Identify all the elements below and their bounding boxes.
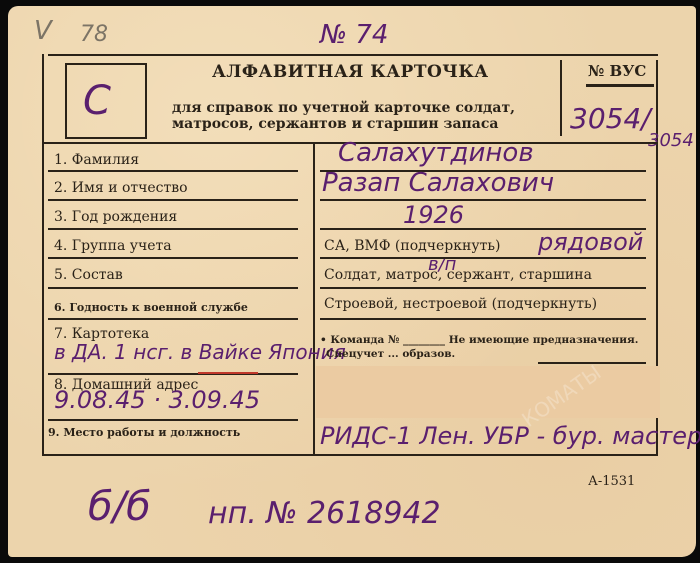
row-line <box>48 287 298 289</box>
service-options: Строевой, нестроевой (подчеркнуть) <box>324 296 597 312</box>
frame-top <box>48 54 658 56</box>
row-line <box>48 228 298 230</box>
redacted-area <box>316 366 660 418</box>
vus-value: 3054/ <box>570 102 651 135</box>
row-line <box>48 170 298 172</box>
vus-value-secondary: 3054 <box>648 130 694 151</box>
row-line <box>320 257 646 259</box>
field-value-workplace: РИДС-1 Лен. УБР - бур. мастер. <box>320 422 700 450</box>
field-label-composition: 5. Состав <box>54 267 123 283</box>
row-line <box>320 287 646 289</box>
card-number: № 74 <box>320 20 388 50</box>
field-label-group: 4. Группа учета <box>54 238 172 254</box>
card-title: АЛФАВИТНАЯ КАРТОЧКА <box>212 62 489 82</box>
vus-divider <box>560 60 562 136</box>
frame-left <box>42 54 44 454</box>
row-line <box>48 257 298 259</box>
column-divider <box>313 144 315 454</box>
team-line-1: • Команда № ________ Не имеющие предназн… <box>320 334 638 346</box>
pencil-number: 78 <box>80 22 108 47</box>
sa-vmf-label: СА, ВМФ (подчеркнуть) <box>324 238 500 254</box>
bottom-note-2: нп. № 2618942 <box>208 496 441 531</box>
composition-options: Солдат, матрос, сержант, старшина <box>324 267 592 283</box>
row-line <box>48 419 298 421</box>
field-label-workplace: 9. Место работы и должность <box>48 426 240 439</box>
row-line <box>48 373 298 375</box>
row-line <box>320 318 646 320</box>
vus-underline <box>586 84 654 87</box>
pencil-check-mark: V <box>34 16 52 46</box>
field-value-card-file: в ДА. 1 нсг. в Вайке Япония <box>54 340 346 364</box>
field-label-surname: 1. Фамилия <box>54 152 139 168</box>
field-value-birth-year: 1926 <box>403 201 464 229</box>
vus-label: № ВУС <box>588 62 646 80</box>
alphabetical-card: V 78 № 74 С АЛФАВИТНАЯ КАРТОЧКА для спра… <box>8 6 696 557</box>
field-label-name: 2. Имя и отчество <box>54 180 188 196</box>
letter-box-value: С <box>83 78 111 124</box>
row-line <box>320 199 646 201</box>
field-value-home-address: 9.08.45 · 3.09.45 <box>54 386 260 414</box>
field-value-group: рядовой <box>538 228 643 256</box>
frame-bottom <box>42 454 658 456</box>
row-line <box>48 199 298 201</box>
row-line <box>48 318 298 320</box>
form-code: А-1531 <box>588 474 635 489</box>
red-underline <box>198 372 258 374</box>
field-label-birth-year: 3. Год рождения <box>54 209 177 225</box>
field-value-surname: Салахутдинов <box>338 138 534 168</box>
field-value-name: Разап Салахович <box>322 168 554 198</box>
team-line-2: Спецучет ... образов. <box>326 348 455 360</box>
card-subtitle-line2: матросов, сержантов и старшин запаса <box>172 116 498 132</box>
bottom-note-1: б/б <box>88 484 151 530</box>
field-label-fitness: 6. Годность к военной службе <box>54 301 248 314</box>
card-subtitle-line1: для справок по учетной карточке солдат, <box>172 100 515 116</box>
